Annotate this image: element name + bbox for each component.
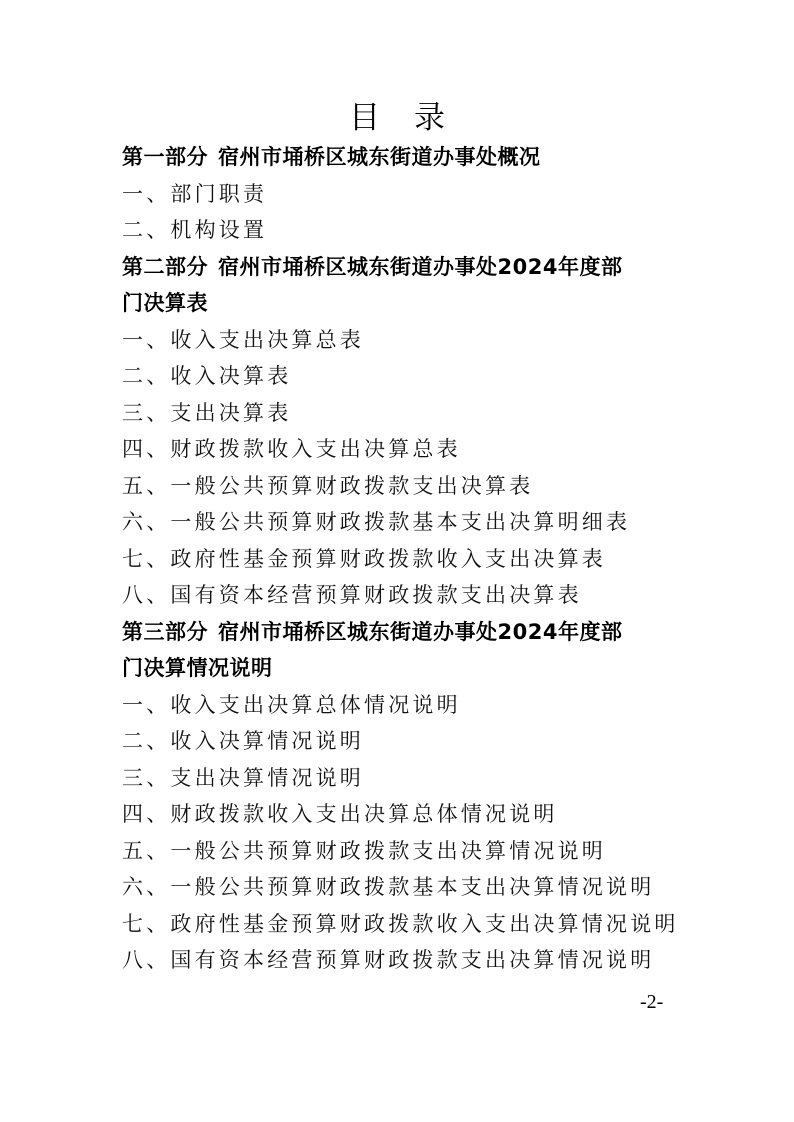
toc-part-3-continued[interactable]: 门决算情况说明 [122,650,682,687]
toc-part-3[interactable]: 第三部分宿州市埇桥区城东街道办事处2024年度部 [122,614,682,651]
part-label: 第一部分 [122,145,208,169]
toc-item[interactable]: 一、部门职责 [122,176,682,213]
page-title: 目录 [0,96,794,140]
toc-item[interactable]: 七、政府性基金预算财政拨款收入支出决算表 [122,541,682,578]
toc-part-2[interactable]: 第二部分宿州市埇桥区城东街道办事处2024年度部 [122,249,682,286]
toc-item[interactable]: 二、收入决算情况说明 [122,723,682,760]
part-title: 宿州市埇桥区城东街道办事处概况 [218,145,541,169]
table-of-contents: 第一部分宿州市埇桥区城东街道办事处概况 一、部门职责 二、机构设置 第二部分宿州… [122,139,682,979]
toc-item[interactable]: 二、机构设置 [122,212,682,249]
toc-part-1[interactable]: 第一部分宿州市埇桥区城东街道办事处概况 [122,139,682,176]
toc-item[interactable]: 一、收入支出决算总体情况说明 [122,687,682,724]
toc-item[interactable]: 一、收入支出决算总表 [122,322,682,359]
toc-item[interactable]: 五、一般公共预算财政拨款支出决算表 [122,468,682,505]
toc-item[interactable]: 二、收入决算表 [122,358,682,395]
page-number: -2- [640,990,663,1014]
title-char-1: 目 [349,96,380,140]
toc-item[interactable]: 八、国有资本经营预算财政拨款支出决算表 [122,577,682,614]
part-label: 第二部分 [122,255,208,279]
toc-part-2-continued[interactable]: 门决算表 [122,285,682,322]
title-char-2: 录 [414,96,445,140]
document-page: 目录 第一部分宿州市埇桥区城东街道办事处概况 一、部门职责 二、机构设置 第二部… [0,0,794,1122]
toc-item[interactable]: 三、支出决算情况说明 [122,760,682,797]
toc-item[interactable]: 四、财政拨款收入支出决算总体情况说明 [122,796,682,833]
part-title: 宿州市埇桥区城东街道办事处2024年度部 [218,255,622,279]
toc-item[interactable]: 三、支出决算表 [122,395,682,432]
toc-item[interactable]: 八、国有资本经营预算财政拨款支出决算情况说明 [122,942,682,979]
part-title: 宿州市埇桥区城东街道办事处2024年度部 [218,620,622,644]
part-label: 第三部分 [122,620,208,644]
toc-item[interactable]: 六、一般公共预算财政拨款基本支出决算情况说明 [122,869,682,906]
toc-item[interactable]: 七、政府性基金预算财政拨款收入支出决算情况说明 [122,906,682,943]
toc-item[interactable]: 六、一般公共预算财政拨款基本支出决算明细表 [122,504,682,541]
toc-item[interactable]: 五、一般公共预算财政拨款支出决算情况说明 [122,833,682,870]
toc-item[interactable]: 四、财政拨款收入支出决算总表 [122,431,682,468]
